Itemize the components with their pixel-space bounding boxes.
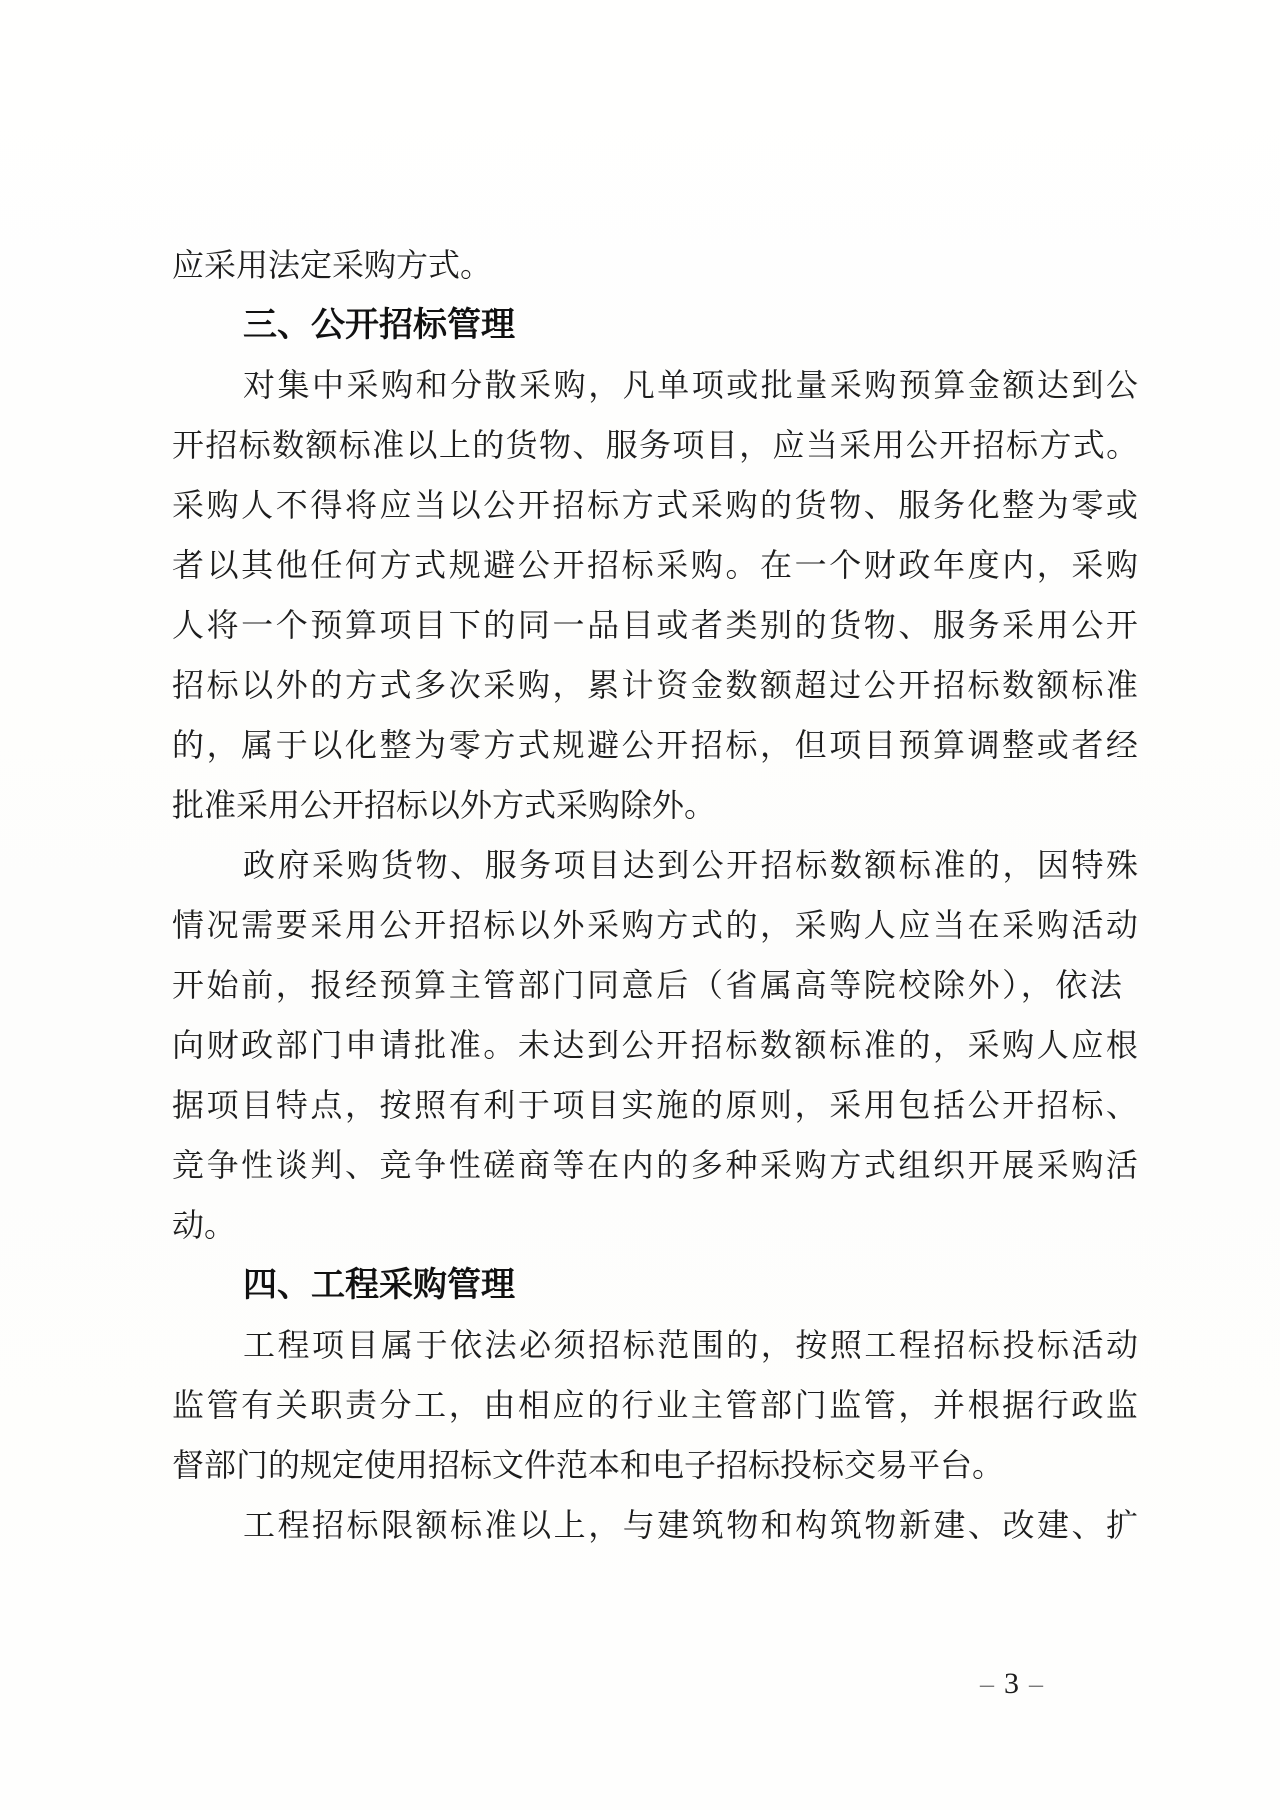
body-text-line: 向财政部门申请批准。未达到公开招标数额标准的，采购人应根 [172,1015,1138,1075]
document-page: 应采用法定采购方式。三、公开招标管理对集中采购和分散采购，凡单项或批量采购预算金… [0,0,1280,1810]
section-heading: 四、工程采购管理 [172,1255,1138,1315]
body-text-line: 情况需要采用公开招标以外采购方式的，采购人应当在采购活动 [172,895,1138,955]
page-number-right-dash: – [1019,1669,1053,1700]
body-text-line: 开招标数额标准以上的货物、服务项目，应当采用公开招标方式。 [172,415,1138,475]
page-number-left-dash: – [970,1669,1004,1700]
body-text-line: 动。 [172,1195,1138,1255]
page-number-value: 3 [1004,1667,1019,1700]
body-text-line: 政府采购货物、服务项目达到公开招标数额标准的，因特殊 [172,835,1138,895]
body-text-line: 人将一个预算项目下的同一品目或者类别的货物、服务采用公开 [172,595,1138,655]
body-text-line: 采购人不得将应当以公开招标方式采购的货物、服务化整为零或 [172,475,1138,535]
body-text-line: 应采用法定采购方式。 [172,235,1138,295]
body-text-line: 批准采用公开招标以外方式采购除外。 [172,775,1138,835]
body-text-line: 据项目特点，按照有利于项目实施的原则，采用包括公开招标、 [172,1075,1138,1135]
document-text-block: 应采用法定采购方式。三、公开招标管理对集中采购和分散采购，凡单项或批量采购预算金… [172,235,1138,1555]
body-text-line: 工程项目属于依法必须招标范围的，按照工程招标投标活动 [172,1315,1138,1375]
section-heading: 三、公开招标管理 [172,295,1138,355]
body-text-line: 对集中采购和分散采购，凡单项或批量采购预算金额达到公 [172,355,1138,415]
body-text-line: 开始前，报经预算主管部门同意后（省属高等院校除外），依法 [172,955,1138,1015]
body-text-line: 督部门的规定使用招标文件范本和电子招标投标交易平台。 [172,1435,1138,1495]
body-text-line: 者以其他任何方式规避公开招标采购。在一个财政年度内，采购 [172,535,1138,595]
body-text-line: 招标以外的方式多次采购，累计资金数额超过公开招标数额标准 [172,655,1138,715]
body-text-line: 工程招标限额标准以上，与建筑物和构筑物新建、改建、扩 [172,1495,1138,1555]
body-text-line: 的，属于以化整为零方式规避公开招标，但项目预算调整或者经 [172,715,1138,775]
page-number: –3– [970,1664,1053,1704]
body-text-line: 监管有关职责分工，由相应的行业主管部门监管，并根据行政监 [172,1375,1138,1435]
body-text-line: 竞争性谈判、竞争性磋商等在内的多种采购方式组织开展采购活 [172,1135,1138,1195]
